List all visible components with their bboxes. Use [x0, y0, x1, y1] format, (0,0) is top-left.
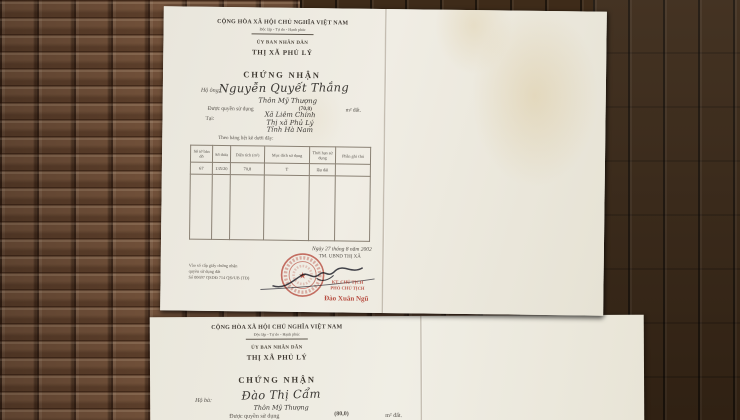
at-label: Tại:	[205, 116, 214, 122]
cell-map-sheet: 67	[190, 162, 212, 174]
photo-of-documents: CỘNG HÒA XÃ HỘI CHỦ NGHĨA VIỆT NAM Độc l…	[0, 0, 740, 420]
signer-title-deputy: PHÓ CHỦ TỊCH	[310, 285, 384, 292]
cell-notes	[335, 164, 370, 176]
place-block-handwritten: Xã Liêm Chính Thị xã Phủ Lý Tỉnh Hà Nam	[232, 111, 347, 135]
document-header: CỘNG HÒA XÃ HỘI CHỦ NGHĨA VIỆT NAM Độc l…	[157, 324, 397, 385]
col-area: Diện tích (m²)	[230, 146, 264, 163]
national-header: CỘNG HÒA XÃ HỘI CHỦ NGHĨA VIỆT NAM	[157, 324, 397, 331]
certificate-title: CHỨNG NHẬN	[181, 69, 383, 81]
area-unit: m² đất.	[385, 413, 402, 419]
col-purpose: Mục đích sử dụng	[264, 146, 309, 164]
issuer-line: ỦY BAN NHÂN DÂN	[157, 345, 397, 351]
issuer-line: ỦY BAN NHÂN DÂN	[181, 40, 383, 47]
holder-label: Hộ bà:	[195, 398, 212, 404]
col-duration: Thời hạn sử dụng	[309, 147, 335, 164]
certificate-document-2: CỘNG HÒA XÃ HỘI CHỦ NGHĨA VIỆT NAM Độc l…	[150, 315, 645, 420]
area-unit: m² đất.	[346, 108, 361, 114]
header-divider	[246, 338, 308, 339]
cell-plot-number: 135/20	[212, 162, 230, 174]
cell-purpose: T	[264, 163, 309, 176]
holder-address-handwritten: Thôn Mỹ Thượng	[221, 403, 341, 412]
grant-label: Được quyền sử dụng	[229, 414, 279, 420]
certificate-title: CHỨNG NHẬN	[157, 374, 397, 385]
header-divider	[252, 33, 314, 35]
holder-address-handwritten: Thôn Mỹ Thượng	[228, 96, 348, 105]
paper-fold-crease	[420, 316, 424, 420]
issuer-town: THỊ XÃ PHỦ LÝ	[157, 353, 397, 362]
signer-name-stamped: Đào Xuân Ngũ	[304, 294, 388, 303]
national-motto: Độc lập - Tự do - Hạnh phúc	[182, 26, 384, 33]
svg-text:★: ★	[298, 270, 306, 280]
cell-duration: lâu dài	[309, 164, 335, 176]
issuer-town: THỊ XÃ PHỦ LÝ	[181, 48, 383, 58]
col-plot-number: Số thửa	[212, 145, 230, 162]
document-header: CỘNG HÒA XÃ HỘI CHỦ NGHĨA VIỆT NAM Độc l…	[181, 19, 384, 81]
place-province: Tỉnh Hà Nam	[232, 126, 347, 135]
col-map-sheet: Số tờ bản đồ	[190, 145, 212, 162]
table-header-row: Số tờ bản đồ Số thửa Diện tích (m²) Mục …	[190, 145, 370, 164]
table-intro: Theo bảng liệt kê dưới đây:	[218, 136, 273, 142]
land-plot-table: Số tờ bản đồ Số thửa Diện tích (m²) Mục …	[189, 145, 371, 242]
col-notes: Phần ghi chú	[335, 147, 370, 164]
area-value: (80,0)	[334, 411, 349, 417]
holder-name-handwritten: Nguyễn Quyết Thắng	[214, 80, 354, 95]
cell-area: 70,8	[230, 163, 264, 175]
holder-name-handwritten: Đào Thị Cẩm	[211, 386, 351, 404]
certificate-document-1: CỘNG HÒA XÃ HỘI CHỦ NGHĨA VIỆT NAM Độc l…	[160, 6, 607, 315]
table-empty-row	[190, 174, 371, 241]
national-motto: Độc lập - Tự do - Hạnh phúc	[157, 331, 397, 337]
